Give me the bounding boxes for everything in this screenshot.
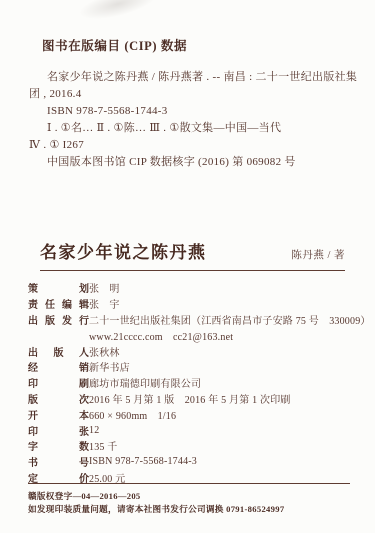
row-label: 策划 <box>28 280 89 295</box>
colophon-row: 策划 张 明 <box>28 280 359 296</box>
cip-block: 图书在版编目 (CIP) 数据 名家少年说之陈丹燕 / 陈丹燕著 . -- 南昌… <box>29 36 357 171</box>
cip-line: ISBN 978-7-5568-1744-3 <box>29 103 357 120</box>
row-label: 书号 <box>28 454 89 469</box>
row-value: www.21cccc.com cc21@163.net <box>89 328 233 343</box>
author-credit: 陈丹燕 / 著 <box>291 247 345 263</box>
row-label: 责任编辑 <box>28 296 89 311</box>
row-value: 二十一世纪出版社集团（江西省南昌市子安路 75 号 330009） <box>89 312 371 327</box>
row-label: 出版人 <box>28 344 89 359</box>
row-label: 字数 <box>28 438 89 453</box>
copyright-page: 图书在版编目 (CIP) 数据 名家少年说之陈丹燕 / 陈丹燕著 . -- 南昌… <box>0 0 375 533</box>
colophon-row: 出版发行 二十一世纪出版社集团（江西省南昌市子安路 75 号 330009） <box>28 312 359 328</box>
colophon-row: 责任编辑 张 宇 <box>28 296 359 312</box>
row-label: 版次 <box>28 391 89 406</box>
row-value: 新华书店 <box>89 359 130 374</box>
colophon-row: 印刷 廊坊市瑞德印刷有限公司 <box>28 375 359 391</box>
colophon-row: 出版人 张秋林 <box>28 343 359 359</box>
colophon-row: 经销 新华书店 <box>28 359 359 375</box>
row-label: 经销 <box>28 359 89 374</box>
row-value: 张秋林 <box>89 344 120 359</box>
quality-notice: 如发现印装质量问题，请寄本社图书发行公司调换 0791-86524997 <box>28 503 350 516</box>
cip-heading: 图书在版编目 (CIP) 数据 <box>29 36 357 54</box>
title-bar: 名家少年说之陈丹燕 陈丹燕 / 著 <box>40 238 345 271</box>
row-label: 开本 <box>28 407 89 422</box>
cip-line: 名家少年说之陈丹燕 / 陈丹燕著 . -- 南昌 : 二十一世纪出版社集 <box>29 69 357 86</box>
scan-artifact <box>76 0 159 25</box>
colophon-row: 字数 135 千 <box>28 438 359 454</box>
row-value: 2016 年 5 月第 1 版 2016 年 5 月第 1 次印刷 <box>89 391 291 406</box>
row-value: 12 <box>89 425 99 436</box>
row-value: ISBN 978-7-5568-1744-3 <box>89 456 197 467</box>
footer-block: 赣版权登字—04—2016—205 如发现印装质量问题，请寄本社图书发行公司调换… <box>28 483 350 516</box>
cip-line: 团 , 2016.4 <box>29 86 357 103</box>
cip-line: Ⅰ . ①名… Ⅱ . ①陈… Ⅲ . ①散文集—中国—当代 <box>29 120 357 137</box>
row-label: 印刷 <box>28 375 89 390</box>
colophon-row: 印张 12 <box>28 422 359 438</box>
row-value: 张 宇 <box>89 296 120 311</box>
colophon-table: 策划 张 明 责任编辑 张 宇 出版发行 二十一世纪出版社集团（江西省南昌市子安… <box>28 280 359 485</box>
row-value: 135 千 <box>89 438 118 453</box>
row-value: 660 × 960mm 1/16 <box>89 407 176 422</box>
colophon-row: 书号 ISBN 978-7-5568-1744-3 <box>28 454 359 470</box>
colophon-row: 版次 2016 年 5 月第 1 版 2016 年 5 月第 1 次印刷 <box>28 391 359 407</box>
cip-line: Ⅳ . ① I267 <box>29 137 357 154</box>
registration-number: 赣版权登字—04—2016—205 <box>28 490 350 503</box>
colophon-row: www.21cccc.com cc21@163.net <box>28 327 359 343</box>
colophon-row: 开本 660 × 960mm 1/16 <box>28 406 359 422</box>
row-label: 出版发行 <box>28 312 89 327</box>
book-title: 名家少年说之陈丹燕 <box>40 238 207 263</box>
row-value: 廊坊市瑞德印刷有限公司 <box>89 375 201 390</box>
row-label: 印张 <box>28 423 89 438</box>
row-value: 张 明 <box>89 280 120 295</box>
cip-line: 中国版本图书馆 CIP 数据核字 (2016) 第 069082 号 <box>29 154 357 171</box>
